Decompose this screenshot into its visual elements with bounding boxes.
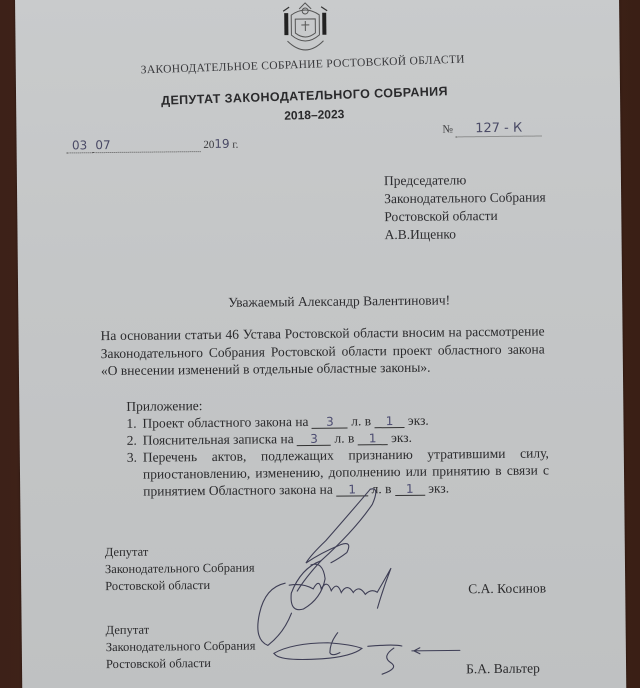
pages-field: 1	[336, 483, 368, 496]
year-suffix: 19	[214, 137, 229, 151]
pages-field: 3	[297, 433, 331, 446]
copies-field: 1	[358, 432, 388, 445]
signatory-1-name: С.А. Косинов	[468, 580, 546, 597]
addressee-name: А.В.Ищенко	[384, 224, 546, 244]
addressee-line: Ростовской области	[384, 206, 546, 226]
coat-of-arms-icon	[277, 1, 334, 60]
body-line: «О внесении изменений в отдельные област…	[101, 357, 545, 379]
term-years: 2018–2023	[284, 107, 344, 123]
attachment-list: Приложение: 1. Проект областного закона …	[126, 393, 549, 499]
number-value: 127 - К	[475, 121, 522, 136]
year-label: г.	[232, 139, 238, 151]
addressee-block: Председателю Законодательного Собрания Р…	[384, 170, 546, 244]
copies-field: 1	[374, 415, 404, 428]
signatory-1-position: Депутат Законодательного Собрания Ростов…	[105, 543, 255, 596]
pages-field: 3	[312, 416, 348, 429]
signatory-2-name: Б.А. Вальтер	[466, 661, 540, 678]
date-field: 03 07 2019 г.	[66, 137, 238, 154]
attachment-item: 3. Перечень актов, подлежащих признанию …	[127, 444, 550, 499]
date-month: 07	[95, 138, 110, 152]
date-day: 03	[72, 138, 87, 152]
document-number-field: № 127 - К	[442, 120, 541, 137]
addressee-line: Председателю	[384, 170, 546, 190]
signatory-2-position: Депутат Законодательного Собрания Ростов…	[106, 621, 256, 674]
letter-sheet: ЗАКОНОДАТЕЛЬНОЕ СОБРАНИЕ РОСТОВСКОЙ ОБЛА…	[15, 0, 626, 688]
letter-body: На основании статьи 46 Устава Ростовской…	[100, 322, 545, 379]
number-label: №	[442, 123, 453, 135]
salutation: Уважаемый Александр Валентинович!	[228, 292, 450, 310]
letterhead-title: ДЕПУТАТ ЗАКОНОДАТЕЛЬНОГО СОБРАНИЯ	[161, 84, 448, 108]
copies-field: 1	[395, 483, 425, 496]
addressee-line: Законодательного Собрания	[384, 188, 546, 208]
year-prefix: 20	[203, 139, 214, 151]
